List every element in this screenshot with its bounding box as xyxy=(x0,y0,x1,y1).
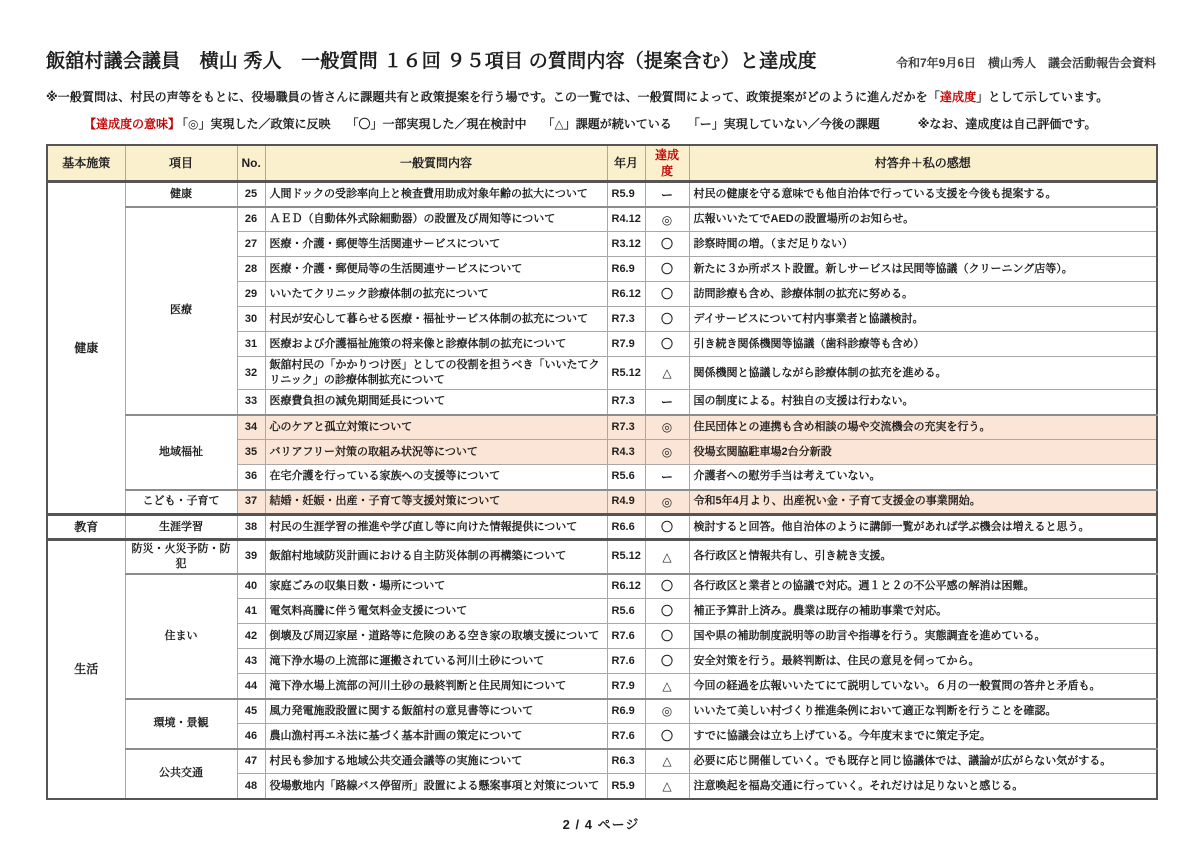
answer-cell: 今回の経過を広報いいたてにて説明していない。６月の一般質問の答弁と矛盾も。 xyxy=(689,674,1157,699)
score-cell: 〇 xyxy=(645,724,689,749)
score-cell: △ xyxy=(645,357,689,390)
date-cell: R6.9 xyxy=(607,257,645,282)
question-number-cell: 37 xyxy=(237,490,265,515)
date-cell: R5.9 xyxy=(607,182,645,207)
page-number: 2 / 4 ページ xyxy=(46,814,1156,833)
score-cell: 〇 xyxy=(645,232,689,257)
question-text-cell: 倒壊及び周辺家屋・道路等に危険のある空き家の取壊支援について xyxy=(265,624,607,649)
date-cell: R6.9 xyxy=(607,699,645,724)
answer-cell: 診察時間の増。（まだ足りない） xyxy=(689,232,1157,257)
item-category-cell: 地域福祉 xyxy=(125,415,237,490)
answer-cell: 安全対策を行う。最終判断は、住民の意見を伺ってから。 xyxy=(689,649,1157,674)
answer-cell: 各行政区と情報共有し、引き続き支援。 xyxy=(689,540,1157,574)
date-cell: R7.6 xyxy=(607,624,645,649)
date-cell: R6.3 xyxy=(607,749,645,774)
answer-cell: 検討すると回答。他自治体のように講師一覧があれば学ぶ機会は増えると思う。 xyxy=(689,515,1157,540)
score-cell: △ xyxy=(645,749,689,774)
question-number-cell: 46 xyxy=(237,724,265,749)
question-text-cell: 滝下浄水場の上流部に運搬されている河川土砂について xyxy=(265,649,607,674)
date-cell: R7.3 xyxy=(607,390,645,415)
answer-cell: 介護者への慰労手当は考えていない。 xyxy=(689,465,1157,490)
legend-item: 「〇」一部実現した／現在検討中 xyxy=(347,117,527,131)
question-text-cell: いいたてクリニック診療体制の拡充について xyxy=(265,282,607,307)
date-cell: R3.12 xyxy=(607,232,645,257)
date-cell: R7.6 xyxy=(607,649,645,674)
question-text-cell: ＡＥＤ（自動体外式除細動器）の設置及び周知等について xyxy=(265,207,607,232)
answer-cell: 関係機関と協議しながら診療体制の拡充を進める。 xyxy=(689,357,1157,390)
item-category-cell: こども・子育て xyxy=(125,490,237,515)
score-cell: △ xyxy=(645,774,689,799)
score-cell: ◎ xyxy=(645,207,689,232)
score-cell: ◎ xyxy=(645,490,689,515)
answer-cell: いいたて美しい村づくり推進条例において適正な判断を行うことを確認。 xyxy=(689,699,1157,724)
date-cell: R5.12 xyxy=(607,540,645,574)
intro-text-post: 」として示しています。 xyxy=(976,90,1108,104)
score-cell: ◎ xyxy=(645,415,689,440)
score-cell: 〇 xyxy=(645,307,689,332)
question-text-cell: 飯舘村地域防災計画における自主防災体制の再構築について xyxy=(265,540,607,574)
question-number-cell: 38 xyxy=(237,515,265,540)
legend-label: 【達成度の意味】 xyxy=(84,117,180,131)
question-number-cell: 33 xyxy=(237,390,265,415)
date-cell: R7.6 xyxy=(607,724,645,749)
legend-item: 「ー」実現していない／今後の課題 xyxy=(688,117,880,131)
answer-cell: 役場玄関脇駐車場2台分新設 xyxy=(689,440,1157,465)
answer-cell: 国や県の補助制度説明等の助言や指導を行う。実態調査を進めている。 xyxy=(689,624,1157,649)
question-table: 基本施策 項目 No. 一般質問内容 年月 達成度 村答弁＋私の感想 健康健康2… xyxy=(46,144,1158,800)
score-cell: ◎ xyxy=(645,699,689,724)
question-text-cell: 飯舘村民の「かかりつけ医」としての役割を担うべき「いいたてクリニック」の診療体制… xyxy=(265,357,607,390)
answer-cell: 村民の健康を守る意味でも他自治体で行っている支援を今後も提案する。 xyxy=(689,182,1157,207)
question-number-cell: 27 xyxy=(237,232,265,257)
header-policy: 基本施策 xyxy=(47,145,125,182)
score-cell: 〇 xyxy=(645,515,689,540)
question-number-cell: 26 xyxy=(237,207,265,232)
question-text-cell: 村民が安心して暮らせる医療・福祉サービス体制の拡充について xyxy=(265,307,607,332)
table-head: 基本施策 項目 No. 一般質問内容 年月 達成度 村答弁＋私の感想 xyxy=(47,145,1157,182)
date-cell: R4.12 xyxy=(607,207,645,232)
table-row: 住まい40家庭ごみの収集日数・場所についてR6.12〇各行政区と業者との協議で対… xyxy=(47,574,1157,599)
header-no: No. xyxy=(237,145,265,182)
item-category-cell: 医療 xyxy=(125,207,237,415)
date-cell: R6.6 xyxy=(607,515,645,540)
score-cell: 〇 xyxy=(645,624,689,649)
table-body: 健康健康25人間ドックの受診率向上と検査費用助成対象年齢の拡大についてR5.9ー… xyxy=(47,182,1157,799)
score-cell: ー xyxy=(645,465,689,490)
question-text-cell: 役場敷地内「路線バス停留所」設置による懸案事項と対策について xyxy=(265,774,607,799)
score-cell: ー xyxy=(645,390,689,415)
date-cell: R5.9 xyxy=(607,774,645,799)
question-number-cell: 25 xyxy=(237,182,265,207)
policy-category-cell: 教育 xyxy=(47,515,125,540)
question-text-cell: 在宅介護を行っている家族への支援等について xyxy=(265,465,607,490)
legend-note: ※なお、達成度は自己評価です。 xyxy=(918,117,1097,131)
policy-category-cell: 生活 xyxy=(47,540,125,799)
date-cell: R7.9 xyxy=(607,674,645,699)
report-page: 飯舘村議会議員 横山 秀人 一般質問 １６回 ９５項目 の質問内容（提案含む）と… xyxy=(0,0,1200,833)
score-cell: 〇 xyxy=(645,649,689,674)
answer-cell: 訪問診療も含め、診療体制の拡充に努める。 xyxy=(689,282,1157,307)
header-answer: 村答弁＋私の感想 xyxy=(689,145,1157,182)
question-text-cell: 医療および介護福祉施策の将来像と診療体制の拡充について xyxy=(265,332,607,357)
header-item: 項目 xyxy=(125,145,237,182)
page-title: 飯舘村議会議員 横山 秀人 一般質問 １６回 ９５項目 の質問内容（提案含む）と… xyxy=(46,46,817,73)
question-text-cell: 滝下浄水場上流部の河川土砂の最終判断と住民周知について xyxy=(265,674,607,699)
item-category-cell: 生涯学習 xyxy=(125,515,237,540)
answer-cell: 必要に応じ開催していく。でも既存と同じ協議体では、議論が広がらない気がする。 xyxy=(689,749,1157,774)
item-category-cell: 防災・火災予防・防犯 xyxy=(125,540,237,574)
table-row: 地域福祉34心のケアと孤立対策についてR7.3◎住民団体との連携も含め相談の場や… xyxy=(47,415,1157,440)
score-cell: ◎ xyxy=(645,440,689,465)
intro-note: ※一般質問は、村民の声等をもとに、役場職員の皆さんに課題共有と政策提案を行う場で… xyxy=(46,88,1156,105)
question-text-cell: 心のケアと孤立対策について xyxy=(265,415,607,440)
question-number-cell: 45 xyxy=(237,699,265,724)
answer-cell: 注意喚起を福島交通に行っていく。それだけは足りないと感じる。 xyxy=(689,774,1157,799)
question-text-cell: 医療・介護・郵便局等の生活関連サービスについて xyxy=(265,257,607,282)
question-text-cell: 風力発電施設設置に関する飯舘村の意見書等について xyxy=(265,699,607,724)
question-number-cell: 32 xyxy=(237,357,265,390)
answer-cell: 各行政区と業者との協議で対応。週１と２の不公平感の解消は困難。 xyxy=(689,574,1157,599)
item-category-cell: 住まい xyxy=(125,574,237,699)
table-row: 公共交通47村民も参加する地域公共交通会議等の実施についてR6.3△必要に応じ開… xyxy=(47,749,1157,774)
question-number-cell: 35 xyxy=(237,440,265,465)
date-cell: R6.12 xyxy=(607,282,645,307)
table-row: 医療26ＡＥＤ（自動体外式除細動器）の設置及び周知等についてR4.12◎広報いい… xyxy=(47,207,1157,232)
question-number-cell: 43 xyxy=(237,649,265,674)
question-text-cell: 電気料高騰に伴う電気料金支援について xyxy=(265,599,607,624)
question-text-cell: 農山漁村再エネ法に基づく基本計画の策定について xyxy=(265,724,607,749)
question-text-cell: 家庭ごみの収集日数・場所について xyxy=(265,574,607,599)
question-text-cell: 医療費負担の減免期間延長について xyxy=(265,390,607,415)
question-number-cell: 31 xyxy=(237,332,265,357)
item-category-cell: 健康 xyxy=(125,182,237,207)
score-cell: 〇 xyxy=(645,574,689,599)
table-row: 生活防災・火災予防・防犯39飯舘村地域防災計画における自主防災体制の再構築につい… xyxy=(47,540,1157,574)
legend-item: 「◎」実現した／政策に反映 xyxy=(182,117,330,131)
score-cell: 〇 xyxy=(645,282,689,307)
date-cell: R5.6 xyxy=(607,599,645,624)
intro-text-pre: ※一般質問は、村民の声等をもとに、役場職員の皆さんに課題共有と政策提案を行う場で… xyxy=(46,90,940,104)
date-cell: R4.3 xyxy=(607,440,645,465)
score-cell: 〇 xyxy=(645,599,689,624)
score-cell: 〇 xyxy=(645,257,689,282)
score-cell: ー xyxy=(645,182,689,207)
question-number-cell: 28 xyxy=(237,257,265,282)
date-cell: R4.9 xyxy=(607,490,645,515)
answer-cell: 新たに３か所ポスト設置。新しサービスは民間等協議（クリーニング店等）。 xyxy=(689,257,1157,282)
question-number-cell: 44 xyxy=(237,674,265,699)
date-cell: R6.12 xyxy=(607,574,645,599)
answer-cell: 広報いいたてでAEDの設置場所のお知らせ。 xyxy=(689,207,1157,232)
score-cell: △ xyxy=(645,540,689,574)
question-number-cell: 48 xyxy=(237,774,265,799)
question-number-cell: 29 xyxy=(237,282,265,307)
question-text-cell: 村民も参加する地域公共交通会議等の実施について xyxy=(265,749,607,774)
answer-cell: 引き続き関係機関等協議（歯科診療等も含め） xyxy=(689,332,1157,357)
question-text-cell: 結婚・妊娠・出産・子育て等支援対策について xyxy=(265,490,607,515)
score-cell: 〇 xyxy=(645,332,689,357)
question-text-cell: 村民の生涯学習の推進や学び直し等に向けた情報提供について xyxy=(265,515,607,540)
answer-cell: デイサービスについて村内事業者と協議検討。 xyxy=(689,307,1157,332)
table-row: 健康健康25人間ドックの受診率向上と検査費用助成対象年齢の拡大についてR5.9ー… xyxy=(47,182,1157,207)
answer-cell: 令和5年4月より、出産祝い金・子育て支援金の事業開始。 xyxy=(689,490,1157,515)
legend-item: 「△」課題が続いている xyxy=(543,117,672,131)
table-row: 環境・景観45風力発電施設設置に関する飯舘村の意見書等についてR6.9◎いいたて… xyxy=(47,699,1157,724)
report-header: 飯舘村議会議員 横山 秀人 一般質問 １６回 ９５項目 の質問内容（提案含む）と… xyxy=(46,46,1156,73)
table-row: こども・子育て37結婚・妊娠・出産・子育て等支援対策についてR4.9◎令和5年4… xyxy=(47,490,1157,515)
header-question: 一般質問内容 xyxy=(265,145,607,182)
date-cell: R7.3 xyxy=(607,307,645,332)
header-score: 達成度 xyxy=(645,145,689,182)
header-date: 年月 xyxy=(607,145,645,182)
date-cell: R5.6 xyxy=(607,465,645,490)
answer-cell: 補正予算計上済み。農業は既存の補助事業で対応。 xyxy=(689,599,1157,624)
policy-category-cell: 健康 xyxy=(47,182,125,515)
question-number-cell: 42 xyxy=(237,624,265,649)
question-number-cell: 36 xyxy=(237,465,265,490)
answer-cell: 国の制度による。村独自の支援は行わない。 xyxy=(689,390,1157,415)
table-header-row: 基本施策 項目 No. 一般質問内容 年月 達成度 村答弁＋私の感想 xyxy=(47,145,1157,182)
question-text-cell: 人間ドックの受診率向上と検査費用助成対象年齢の拡大について xyxy=(265,182,607,207)
score-cell: △ xyxy=(645,674,689,699)
intro-text-highlight: 達成度 xyxy=(940,90,976,104)
date-cell: R5.12 xyxy=(607,357,645,390)
table-row: 教育生涯学習38村民の生涯学習の推進や学び直し等に向けた情報提供についてR6.6… xyxy=(47,515,1157,540)
question-text-cell: バリアフリー対策の取組み状況等について xyxy=(265,440,607,465)
question-number-cell: 40 xyxy=(237,574,265,599)
answer-cell: 住民団体との連携も含め相談の場や交流機会の充実を行う。 xyxy=(689,415,1157,440)
question-number-cell: 34 xyxy=(237,415,265,440)
question-number-cell: 30 xyxy=(237,307,265,332)
legend-items: 「◎」実現した／政策に反映「〇」一部実現した／現在検討中「△」課題が続いている「… xyxy=(182,117,896,131)
item-category-cell: 環境・景観 xyxy=(125,699,237,749)
report-date-credit: 令和7年9月6日 横山秀人 議会活動報告会資料 xyxy=(896,54,1156,73)
question-number-cell: 39 xyxy=(237,540,265,574)
question-text-cell: 医療・介護・郵便等生活関連サービスについて xyxy=(265,232,607,257)
date-cell: R7.3 xyxy=(607,415,645,440)
question-number-cell: 41 xyxy=(237,599,265,624)
question-number-cell: 47 xyxy=(237,749,265,774)
answer-cell: すでに協議会は立ち上げている。今年度末までに策定予定。 xyxy=(689,724,1157,749)
item-category-cell: 公共交通 xyxy=(125,749,237,799)
score-legend: 【達成度の意味】「◎」実現した／政策に反映「〇」一部実現した／現在検討中「△」課… xyxy=(84,115,1156,132)
date-cell: R7.9 xyxy=(607,332,645,357)
